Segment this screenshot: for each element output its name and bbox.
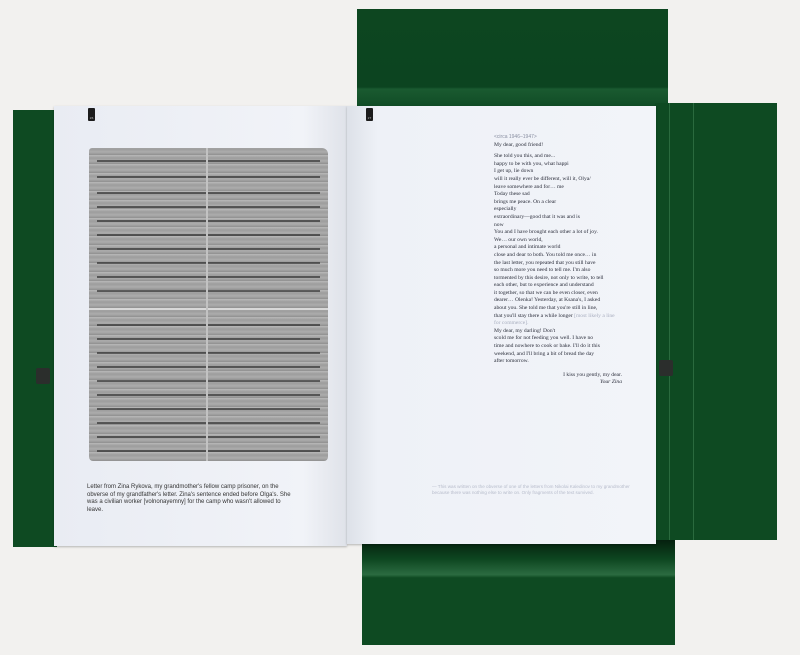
letter-signature: Your Zina: [494, 379, 622, 387]
letter-body: She told you this, and me... happy to be…: [494, 153, 622, 366]
left-page-caption: Letter from Zina Rykova, my grandmother'…: [87, 484, 297, 514]
folder-clasp-left: [36, 368, 50, 384]
letter-transcription: <circa 1946–1947> My dear, good friend! …: [494, 134, 622, 387]
handwritten-letter-photo: [89, 148, 328, 461]
folder-bottom-flap: [362, 540, 675, 645]
folder-left-flap: [13, 110, 57, 547]
right-page-footnote: — This was written on the obverse of one…: [432, 484, 632, 496]
page-number-tab-right: 27: [366, 108, 373, 121]
letter-salutation: My dear, good friend!: [494, 142, 622, 150]
letter-date: <circa 1946–1947>: [494, 134, 622, 142]
folder-clasp-right: [659, 360, 673, 376]
page-number-tab-left: 26: [88, 108, 95, 121]
letter-closing: I kiss you gently, my dear. Your Zina: [494, 372, 622, 387]
folder-right-flap: [655, 103, 777, 540]
folder-top-flap: [357, 9, 668, 109]
photo-scene: 26 Letter from Zina Rykova, my grandmoth…: [0, 0, 800, 655]
